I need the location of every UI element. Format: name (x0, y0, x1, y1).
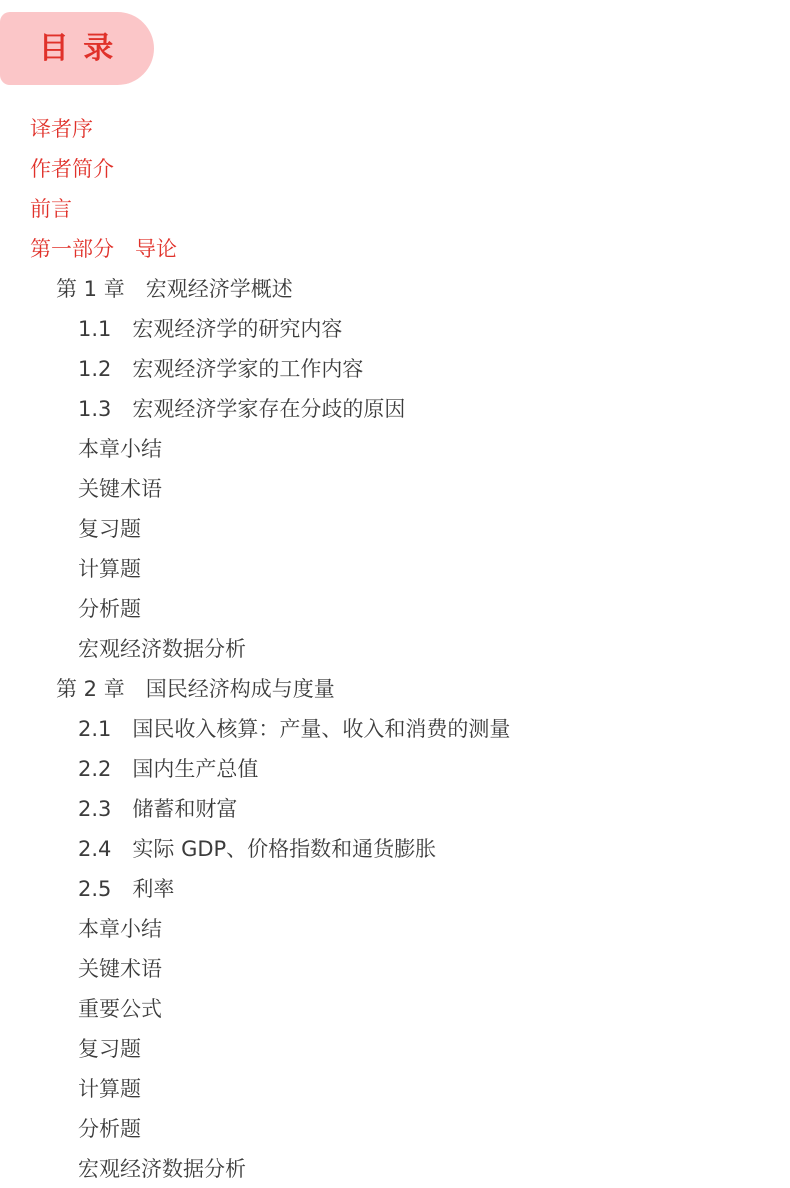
toc-item-section-2-3[interactable]: 2.3 储蓄和财富 (0, 789, 790, 829)
toc-header-title: 目 录 (39, 34, 115, 64)
toc-item-ch2-analysis-questions[interactable]: 分析题 (0, 1109, 790, 1149)
toc-item-ch1-review-questions[interactable]: 复习题 (0, 509, 790, 549)
toc-item-translator-preface[interactable]: 译者序 (0, 109, 790, 149)
toc-item-ch2-key-formulas[interactable]: 重要公式 (0, 989, 790, 1029)
toc-item-ch1-summary[interactable]: 本章小结 (0, 429, 790, 469)
toc-item-section-1-3[interactable]: 1.3 宏观经济学家存在分歧的原因 (0, 389, 790, 429)
toc-list: 译者序 作者简介 前言 第一部分 导论 第 1 章 宏观经济学概述 1.1 宏观… (0, 109, 790, 1188)
toc-item-section-2-4[interactable]: 2.4 实际 GDP、价格指数和通货膨胀 (0, 829, 790, 869)
toc-item-ch2-key-terms[interactable]: 关键术语 (0, 949, 790, 989)
toc-item-ch2-review-questions[interactable]: 复习题 (0, 1029, 790, 1069)
toc-item-part-1[interactable]: 第一部分 导论 (0, 229, 790, 269)
toc-item-ch2-calculation-questions[interactable]: 计算题 (0, 1069, 790, 1109)
toc-item-foreword[interactable]: 前言 (0, 189, 790, 229)
toc-item-ch1-macro-data-analysis[interactable]: 宏观经济数据分析 (0, 629, 790, 669)
toc-item-ch2-summary[interactable]: 本章小结 (0, 909, 790, 949)
toc-item-ch1-calculation-questions[interactable]: 计算题 (0, 549, 790, 589)
toc-item-section-2-1[interactable]: 2.1 国民收入核算：产量、收入和消费的测量 (0, 709, 790, 749)
toc-item-section-2-5[interactable]: 2.5 利率 (0, 869, 790, 909)
toc-item-chapter-2[interactable]: 第 2 章 国民经济构成与度量 (0, 669, 790, 709)
toc-item-ch1-key-terms[interactable]: 关键术语 (0, 469, 790, 509)
toc-item-section-1-1[interactable]: 1.1 宏观经济学的研究内容 (0, 309, 790, 349)
toc-item-author-intro[interactable]: 作者简介 (0, 149, 790, 189)
toc-item-ch2-macro-data-analysis[interactable]: 宏观经济数据分析 (0, 1149, 790, 1188)
toc-header-badge: 目 录 (0, 12, 154, 85)
toc-item-ch1-analysis-questions[interactable]: 分析题 (0, 589, 790, 629)
toc-item-section-2-2[interactable]: 2.2 国内生产总值 (0, 749, 790, 789)
toc-item-chapter-1[interactable]: 第 1 章 宏观经济学概述 (0, 269, 790, 309)
toc-page: 目 录 译者序 作者简介 前言 第一部分 导论 第 1 章 宏观经济学概述 1.… (0, 0, 790, 1188)
toc-item-section-1-2[interactable]: 1.2 宏观经济学家的工作内容 (0, 349, 790, 389)
